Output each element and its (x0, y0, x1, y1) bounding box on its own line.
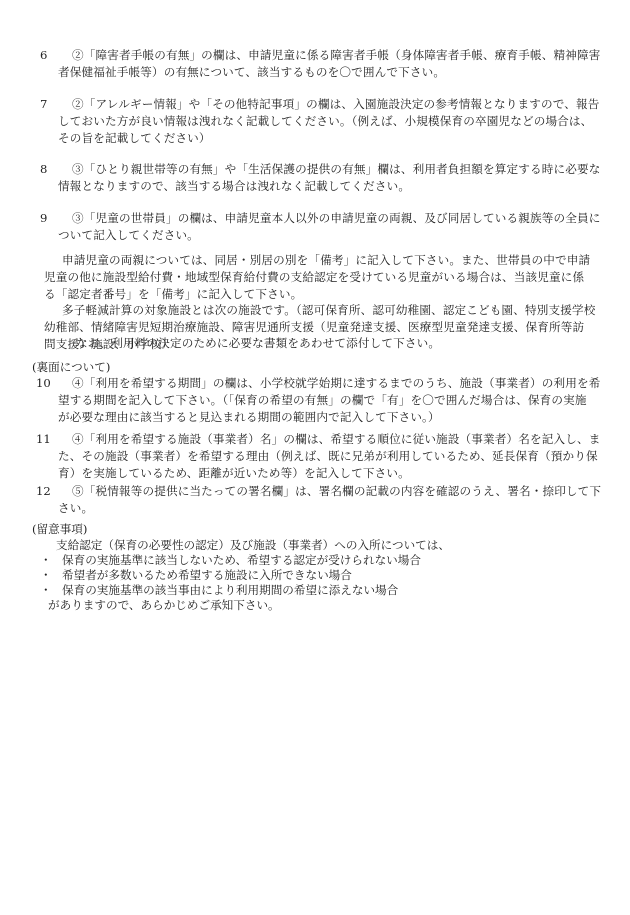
instruction-item-10: 10 ④「利用を希望する期間」の欄は、小学校就学始期に達するまでのうち、施設（事… (40, 375, 605, 426)
instruction-item-11: 11 ④「利用を希望する施設（事業者）名」の欄は、希望する順位に従い施設（事業者… (40, 431, 605, 482)
item-text-line: さい。 (58, 500, 605, 517)
item-text-line: ⑤「税情報等の提供に当たっての署名欄」は、署名欄の記載の内容を確認のうえ、署名・… (72, 483, 605, 500)
item-number: 10 (36, 375, 56, 392)
notes-closing: がありますので、あらかじめご承知下さい。 (48, 597, 280, 614)
item-number: 12 (36, 483, 56, 500)
item-text-line: た、その施設（事業者）を希望する理由（例えば、既に兄弟が利用しているため、延長保… (58, 448, 605, 465)
item-text-line: 情報となりますので、該当する場合は洩れなく記載してください。 (58, 178, 605, 195)
paragraph-line: なお、利用料の決定のために必要な書類をあわせて添付して下さい。 (76, 335, 605, 352)
item-text-line: ④「利用を希望する施設（事業者）名」の欄は、希望する順位に従い施設（事業者）名を… (72, 431, 605, 448)
instruction-item-7: 7 ②「アレルギー情報」や「その他特記事項」の欄は、入園施設決定の参考情報となり… (40, 96, 605, 147)
bullet-text: 保育の実施基準の該当事由により利用期間の希望に添えない場合 (62, 583, 398, 597)
item-number: 9 (40, 210, 60, 227)
item-text-line: ④「利用を希望する期間」の欄は、小学校就学始期に達するまでのうち、施設（事業者）… (72, 375, 605, 392)
back-side-heading: (裏面について) (32, 359, 110, 376)
item-number: 6 (40, 47, 60, 64)
paragraph-line: 多子軽減計算の対象施設とは次の施設です。（認可保育所、認可幼稚園、認定こども園、… (62, 302, 605, 319)
item-text-line: ③「ひとり親世帯等の有無」や「生活保護の提供の有無」欄は、利用者負担額を算定する… (72, 161, 605, 178)
paragraph-line: 児童の他に施設型給付費・地域型保育給付費の支給認定を受けている児童がいる場合は、… (44, 269, 605, 286)
instruction-item-6: 6 ②「障害者手帳の有無」の欄は、申請児童に係る障害者手帳（身体障害者手帳、療育… (40, 47, 605, 81)
paragraph-line: 幼稚部、情緒障害児短期治療施設、障害児通所支援（児童発達支援、医療型児童発達支援… (44, 319, 605, 336)
item-number: 11 (36, 431, 56, 448)
item-text-line: 者保健福祉手帳等）の有無について、該当するものを〇で囲んで下さい。 (58, 64, 605, 81)
item-number: 7 (40, 96, 60, 113)
notes-heading: (留意事項) (32, 521, 87, 538)
instruction-item-9: 9 ③「児童の世帯員」の欄は、申請児童本人以外の申請児童の両親、及び同居している… (40, 210, 605, 244)
attach-documents-paragraph: なお、利用料の決定のために必要な書類をあわせて添付して下さい。 (40, 335, 605, 352)
item-text-line: ②「障害者手帳の有無」の欄は、申請児童に係る障害者手帳（身体障害者手帳、療育手帳… (72, 47, 605, 64)
item-text-line: ③「児童の世帯員」の欄は、申請児童本人以外の申請児童の両親、及び同居している親族… (72, 210, 605, 227)
item-text-line: ついて記入してください。 (58, 227, 605, 244)
item-text-line: しておいた方が良い情報は洩れなく記載してください。（例えば、小規模保育の卒園児な… (58, 113, 605, 130)
paragraph-line: 申請児童の両親については、同居・別居の別を「備考」に記入して下さい。また、世帯員… (62, 252, 605, 269)
instruction-item-8: 8 ③「ひとり親世帯等の有無」や「生活保護の提供の有無」欄は、利用者負担額を算定… (40, 161, 605, 195)
instruction-item-12: 12 ⑤「税情報等の提供に当たっての署名欄」は、署名欄の記載の内容を確認のうえ、… (40, 483, 605, 517)
paragraph-line: る「認定者番号」を「備考」に記入して下さい。 (44, 286, 605, 303)
item-number: 8 (40, 161, 60, 178)
item-text-line: その旨を記載してください） (58, 130, 605, 147)
item-text-line: 望する期間を記入して下さい。（「保育の希望の有無」の欄で「有」を〇で囲んだ場合は… (58, 392, 605, 409)
bullet-text: 希望者が多数いるため希望する施設に入所できない場合 (62, 568, 352, 582)
household-note-paragraph: 申請児童の両親については、同居・別居の別を「備考」に記入して下さい。また、世帯員… (40, 252, 605, 303)
bullet-text: 保育の実施基準に該当しないため、希望する認定が受けられない場合 (62, 553, 421, 567)
item-text-line: 育）を実施しているため、距離が近いため等）を記入して下さい。 (58, 465, 605, 482)
document-page: 6 ②「障害者手帳の有無」の欄は、申請児童に係る障害者手帳（身体障害者手帳、療育… (0, 0, 630, 915)
item-text-line: が必要な理由に該当すると見込まれる期間の範囲内で記入して下さい。） (58, 409, 605, 426)
item-text-line: ②「アレルギー情報」や「その他特記事項」の欄は、入園施設決定の参考情報となります… (72, 96, 605, 113)
